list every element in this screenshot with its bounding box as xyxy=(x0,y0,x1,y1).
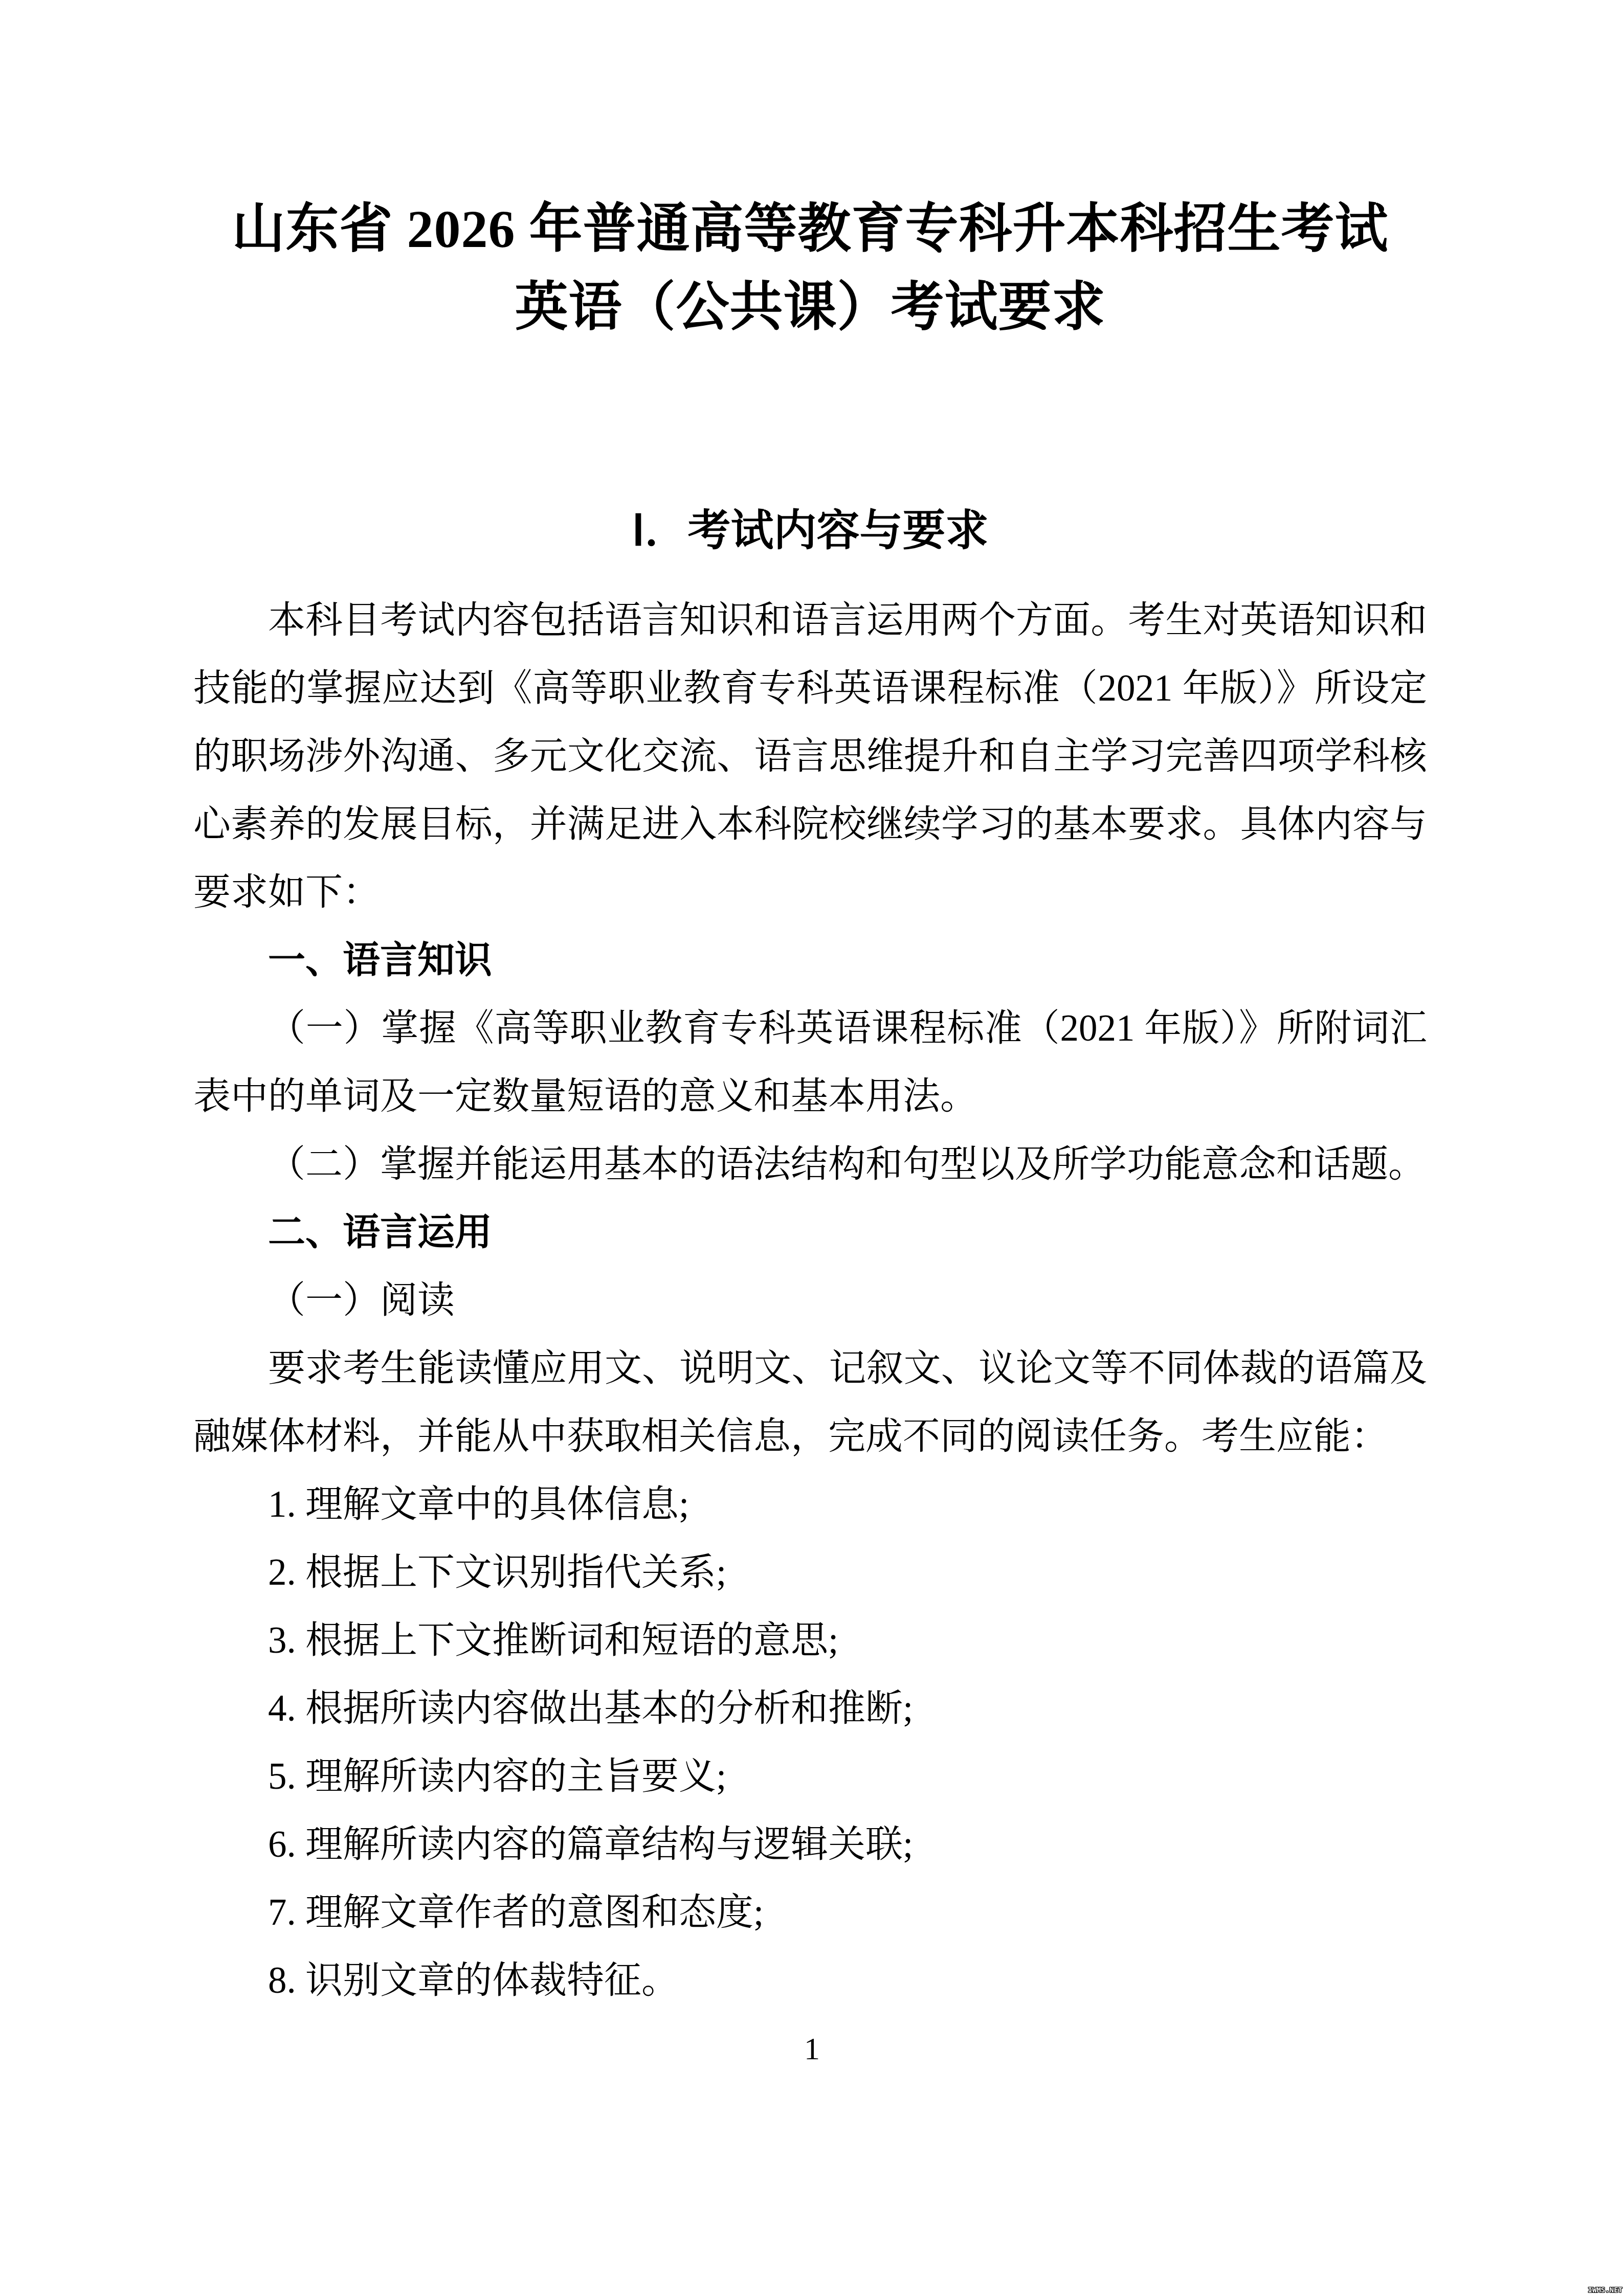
reading-intro-paragraph: 要求考生能读懂应用文、说明文、记叙文、议论文等不同体裁的语篇及融媒体材料，并能从… xyxy=(193,1334,1427,1470)
reading-skill-item-7: 7. 理解文章作者的意图和态度; xyxy=(193,1878,1427,1946)
section-heading-exam-content-requirements: Ⅰ．考试内容与要求 xyxy=(193,500,1427,562)
subsection-heading-language-use: 二、语言运用 xyxy=(193,1198,1427,1266)
subsection-heading-language-knowledge: 一、语言知识 xyxy=(193,926,1427,994)
title-line-2: 英语（公共课）考试要求 xyxy=(193,268,1427,347)
page-number: 1 xyxy=(0,2031,1624,2067)
title-line-1: 山东省 2026 年普通高等教育专科升本科招生考试 xyxy=(193,190,1427,268)
reading-skill-item-6: 6. 理解所读内容的篇章结构与逻辑关联; xyxy=(193,1810,1427,1878)
document-page: 山东省 2026 年普通高等教育专科升本科招生考试 英语（公共课）考试要求 Ⅰ．… xyxy=(0,0,1624,2296)
document-body: 本科目考试内容包括语言知识和语言运用两个方面。考生对英语知识和技能的掌握应达到《… xyxy=(193,586,1427,2014)
language-knowledge-item-1: （一）掌握《高等职业教育专科英语课程标准（2021 年版）》所附词汇表中的单词及… xyxy=(193,994,1427,1130)
reading-skill-item-4: 4. 根据所读内容做出基本的分析和推断; xyxy=(193,1674,1427,1742)
reading-sub-heading: （一）阅读 xyxy=(193,1266,1427,1334)
watermark: IWMS.NET xyxy=(1588,2286,1622,2294)
reading-skill-item-2: 2. 根据上下文识别指代关系; xyxy=(193,1538,1427,1606)
language-knowledge-item-2: （二）掌握并能运用基本的语法结构和句型以及所学功能意念和话题。 xyxy=(193,1130,1427,1198)
intro-paragraph: 本科目考试内容包括语言知识和语言运用两个方面。考生对英语知识和技能的掌握应达到《… xyxy=(193,586,1427,926)
reading-skill-item-3: 3. 根据上下文推断词和短语的意思; xyxy=(193,1606,1427,1674)
document-title: 山东省 2026 年普通高等教育专科升本科招生考试 英语（公共课）考试要求 xyxy=(193,190,1427,347)
document-content: 山东省 2026 年普通高等教育专科升本科招生考试 英语（公共课）考试要求 Ⅰ．… xyxy=(193,0,1427,2014)
reading-skill-item-1: 1. 理解文章中的具体信息; xyxy=(193,1470,1427,1538)
reading-skill-item-8: 8. 识别文章的体裁特征。 xyxy=(193,1946,1427,2014)
reading-skill-item-5: 5. 理解所读内容的主旨要义; xyxy=(193,1742,1427,1810)
